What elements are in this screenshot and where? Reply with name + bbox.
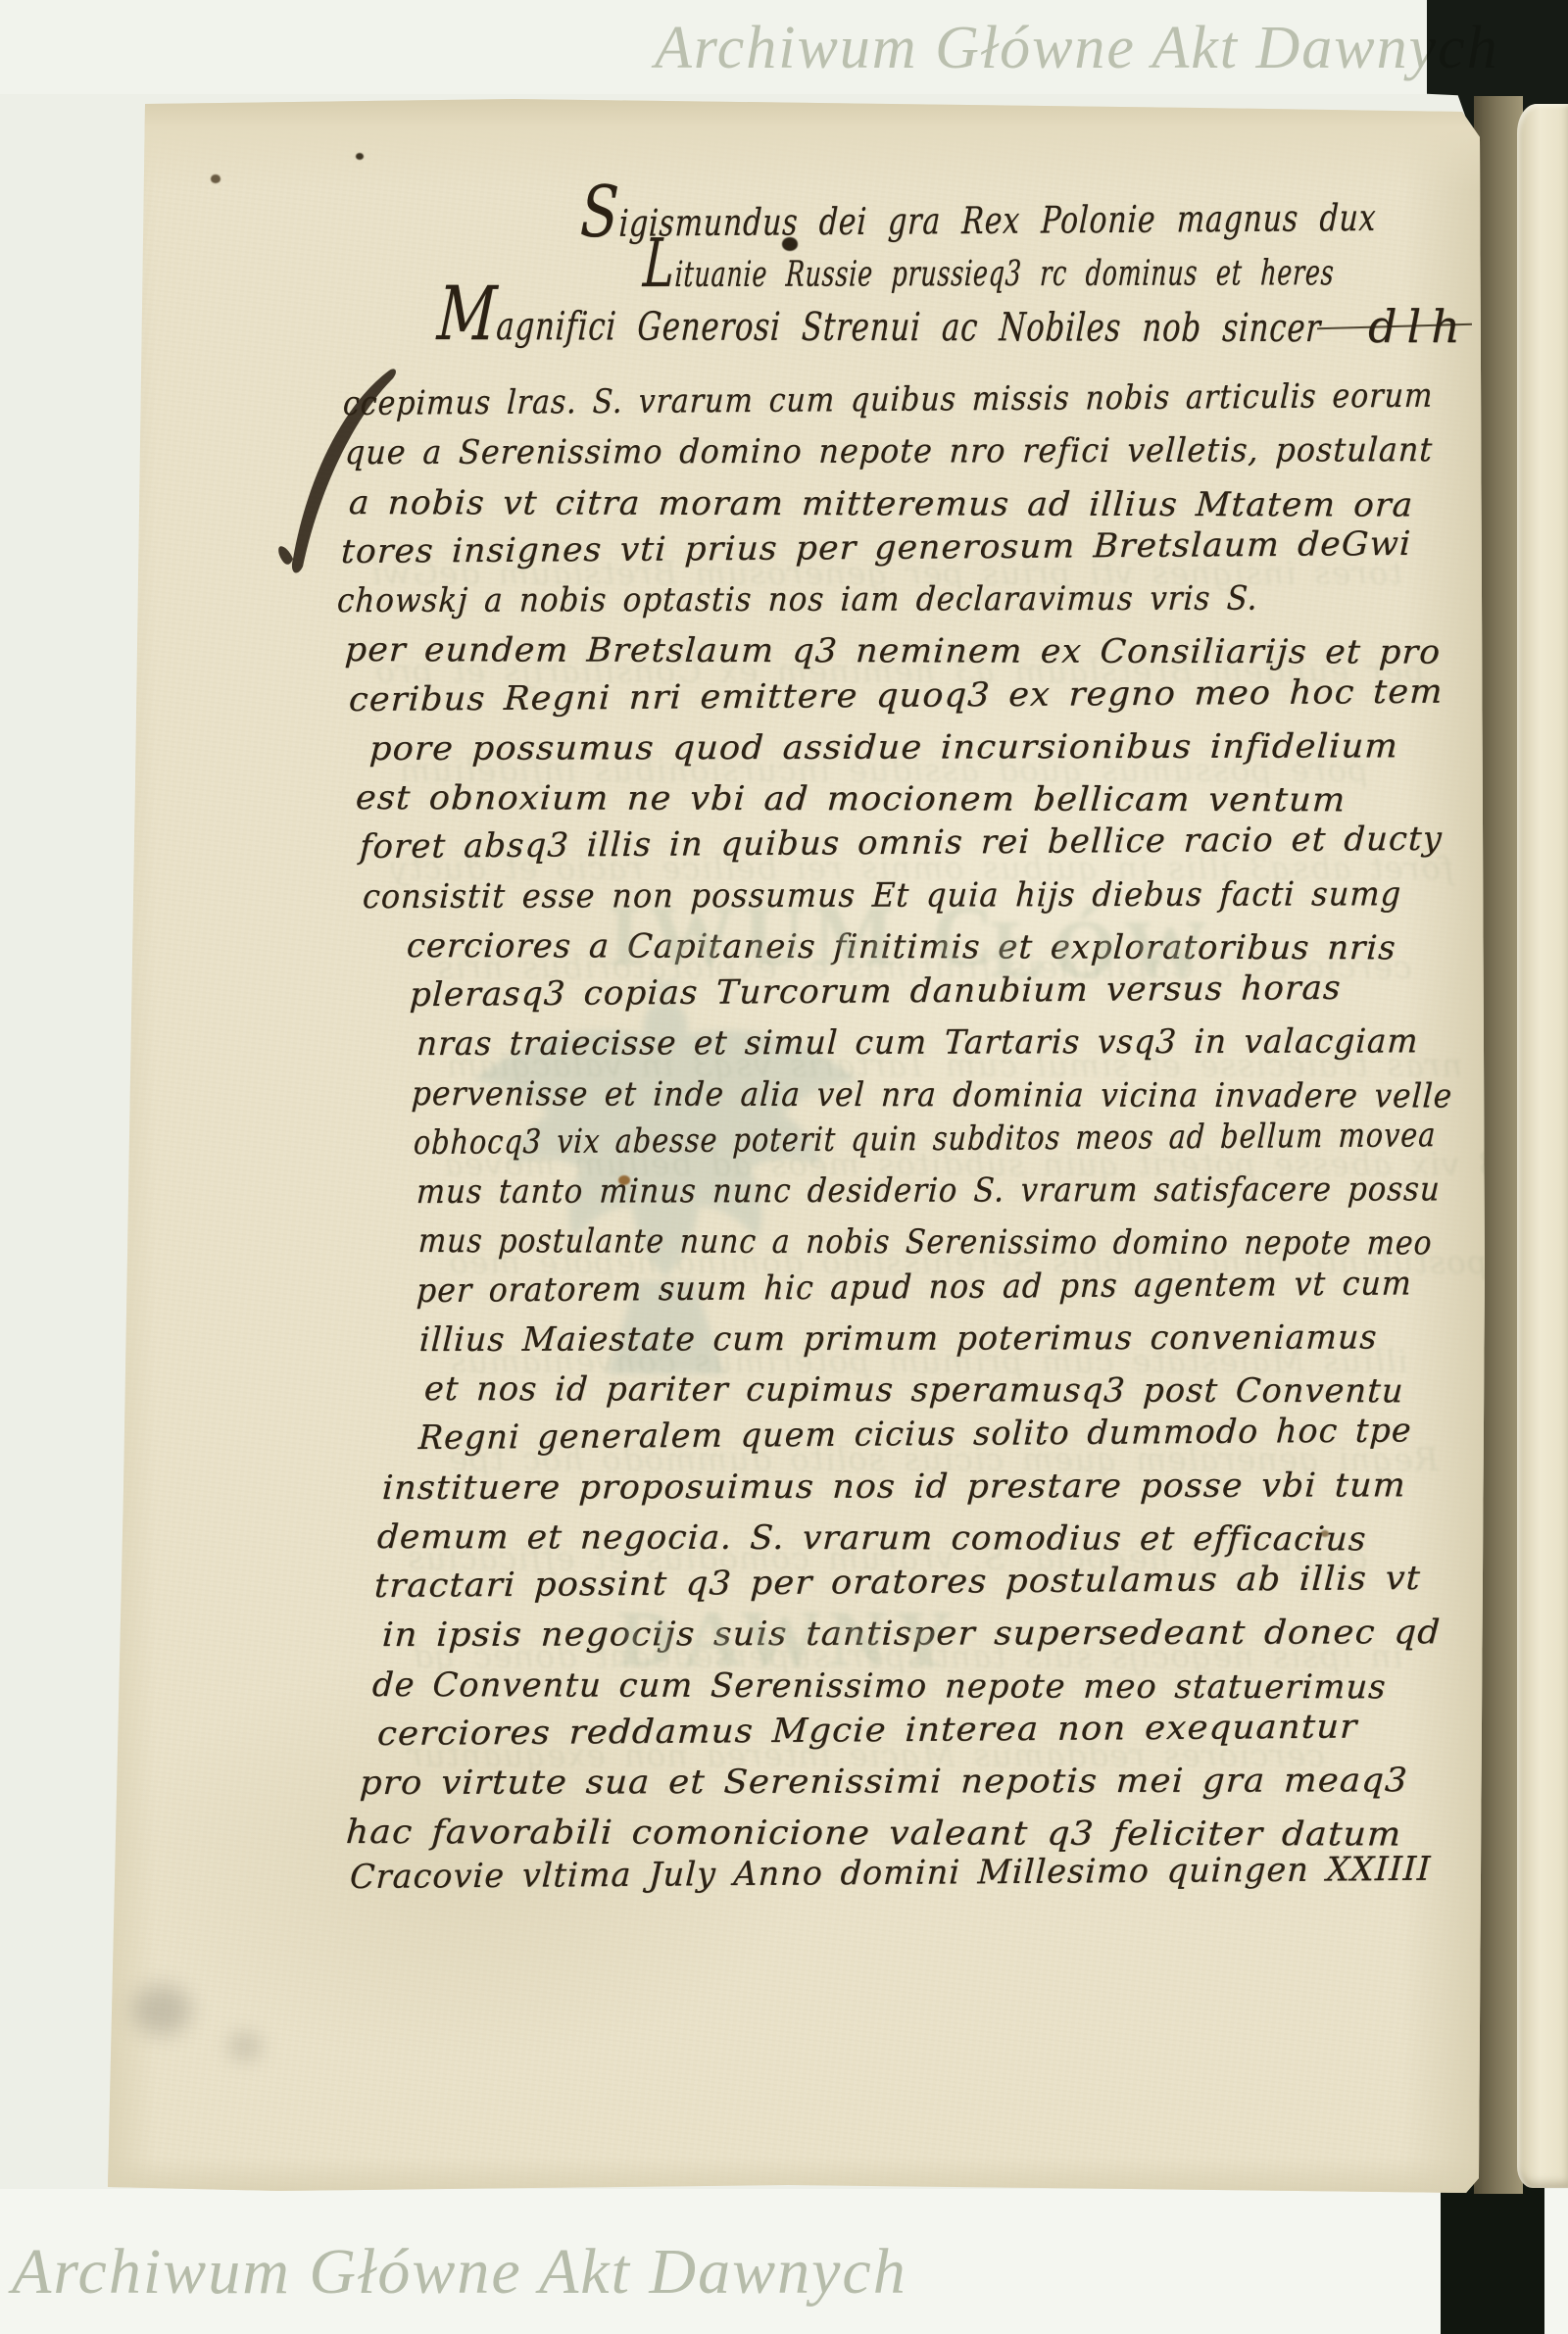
archive-scan: { "watermarks": { "top": "Archiwum Główn… bbox=[0, 0, 1568, 2334]
manuscript-line: que a Serenissimo domino nepote nro refi… bbox=[344, 430, 1434, 472]
bleed-through-text: pore possumus quod assidue incursionibus… bbox=[398, 751, 1370, 789]
bleed-through-stamp-letters: ŁÓW bbox=[990, 902, 1214, 997]
bleed-through-text: cerciores reddamus Mgcie interea non exe… bbox=[406, 1736, 1326, 1774]
bleed-through-text: Regni generalem quem cicius solito dummo… bbox=[447, 1440, 1440, 1478]
bleed-through-stamp-letters: IWUM C bbox=[608, 887, 1002, 986]
manuscript-heading-line: Sigismundus dei gra Rex Polonie magnus d… bbox=[579, 196, 1377, 245]
manuscript-line: hac favorabili comonicione valeant q3 fe… bbox=[345, 1813, 1403, 1854]
manuscript-line: Cracovie vltima July Anno domini Millesi… bbox=[349, 1850, 1432, 1897]
ink-spot bbox=[356, 153, 364, 160]
bleed-through-text: tores insignes vti prius per generosum B… bbox=[369, 554, 1403, 592]
next-page-edge bbox=[1517, 104, 1568, 2188]
bleed-through-text: nras traiecisse et simul cum Tartaris vs… bbox=[445, 1046, 1464, 1084]
manuscript-heading-line: Lituanie Russie prussieq3 rc dominus et … bbox=[642, 253, 1336, 295]
archive-watermark-top: Archiwum Główne Akt Dawnych bbox=[655, 14, 1499, 83]
bleed-through-text: demum et negocia. S. vrarum comodius et … bbox=[406, 1539, 1368, 1577]
bleed-through-text: illius Maiestate cum primum poterimus co… bbox=[448, 1342, 1409, 1380]
ink-spot bbox=[782, 237, 798, 251]
manuscript-line: ccepimus lras. S. vrarum cum quibus miss… bbox=[342, 376, 1434, 423]
bleed-through-stamp-letters: DAWNY bbox=[617, 1593, 960, 1685]
ink-spot bbox=[132, 1985, 191, 2035]
bleed-through-text: foret absq3 illis in quibus omnis rei be… bbox=[388, 849, 1455, 887]
manuscript-line: a nobis vt citra moram mitteremus ad ill… bbox=[348, 483, 1414, 524]
ink-spot bbox=[1321, 1530, 1329, 1537]
bleed-through-text: mus postulante nunc a nobis Serenissimo … bbox=[447, 1243, 1568, 1281]
manuscript-page: Sigismundus dei gra Rex Polonie magnus d… bbox=[102, 98, 1486, 2196]
marginal-annotation: dlh bbox=[1368, 300, 1470, 353]
ink-spot bbox=[227, 2031, 263, 2061]
archive-watermark-bottom: Archiwum Główne Akt Dawnych bbox=[12, 2235, 907, 2309]
bleed-through-text: obhocq3 vix abesse poterit quin subditos… bbox=[442, 1145, 1568, 1183]
manuscript-heading-line: Magnifici Generosi Strenui ac Nobiles no… bbox=[436, 304, 1323, 351]
bleed-through-text: per eundem Bretslaum q3 neminem ex Consi… bbox=[373, 652, 1426, 690]
ink-spot bbox=[211, 174, 220, 183]
